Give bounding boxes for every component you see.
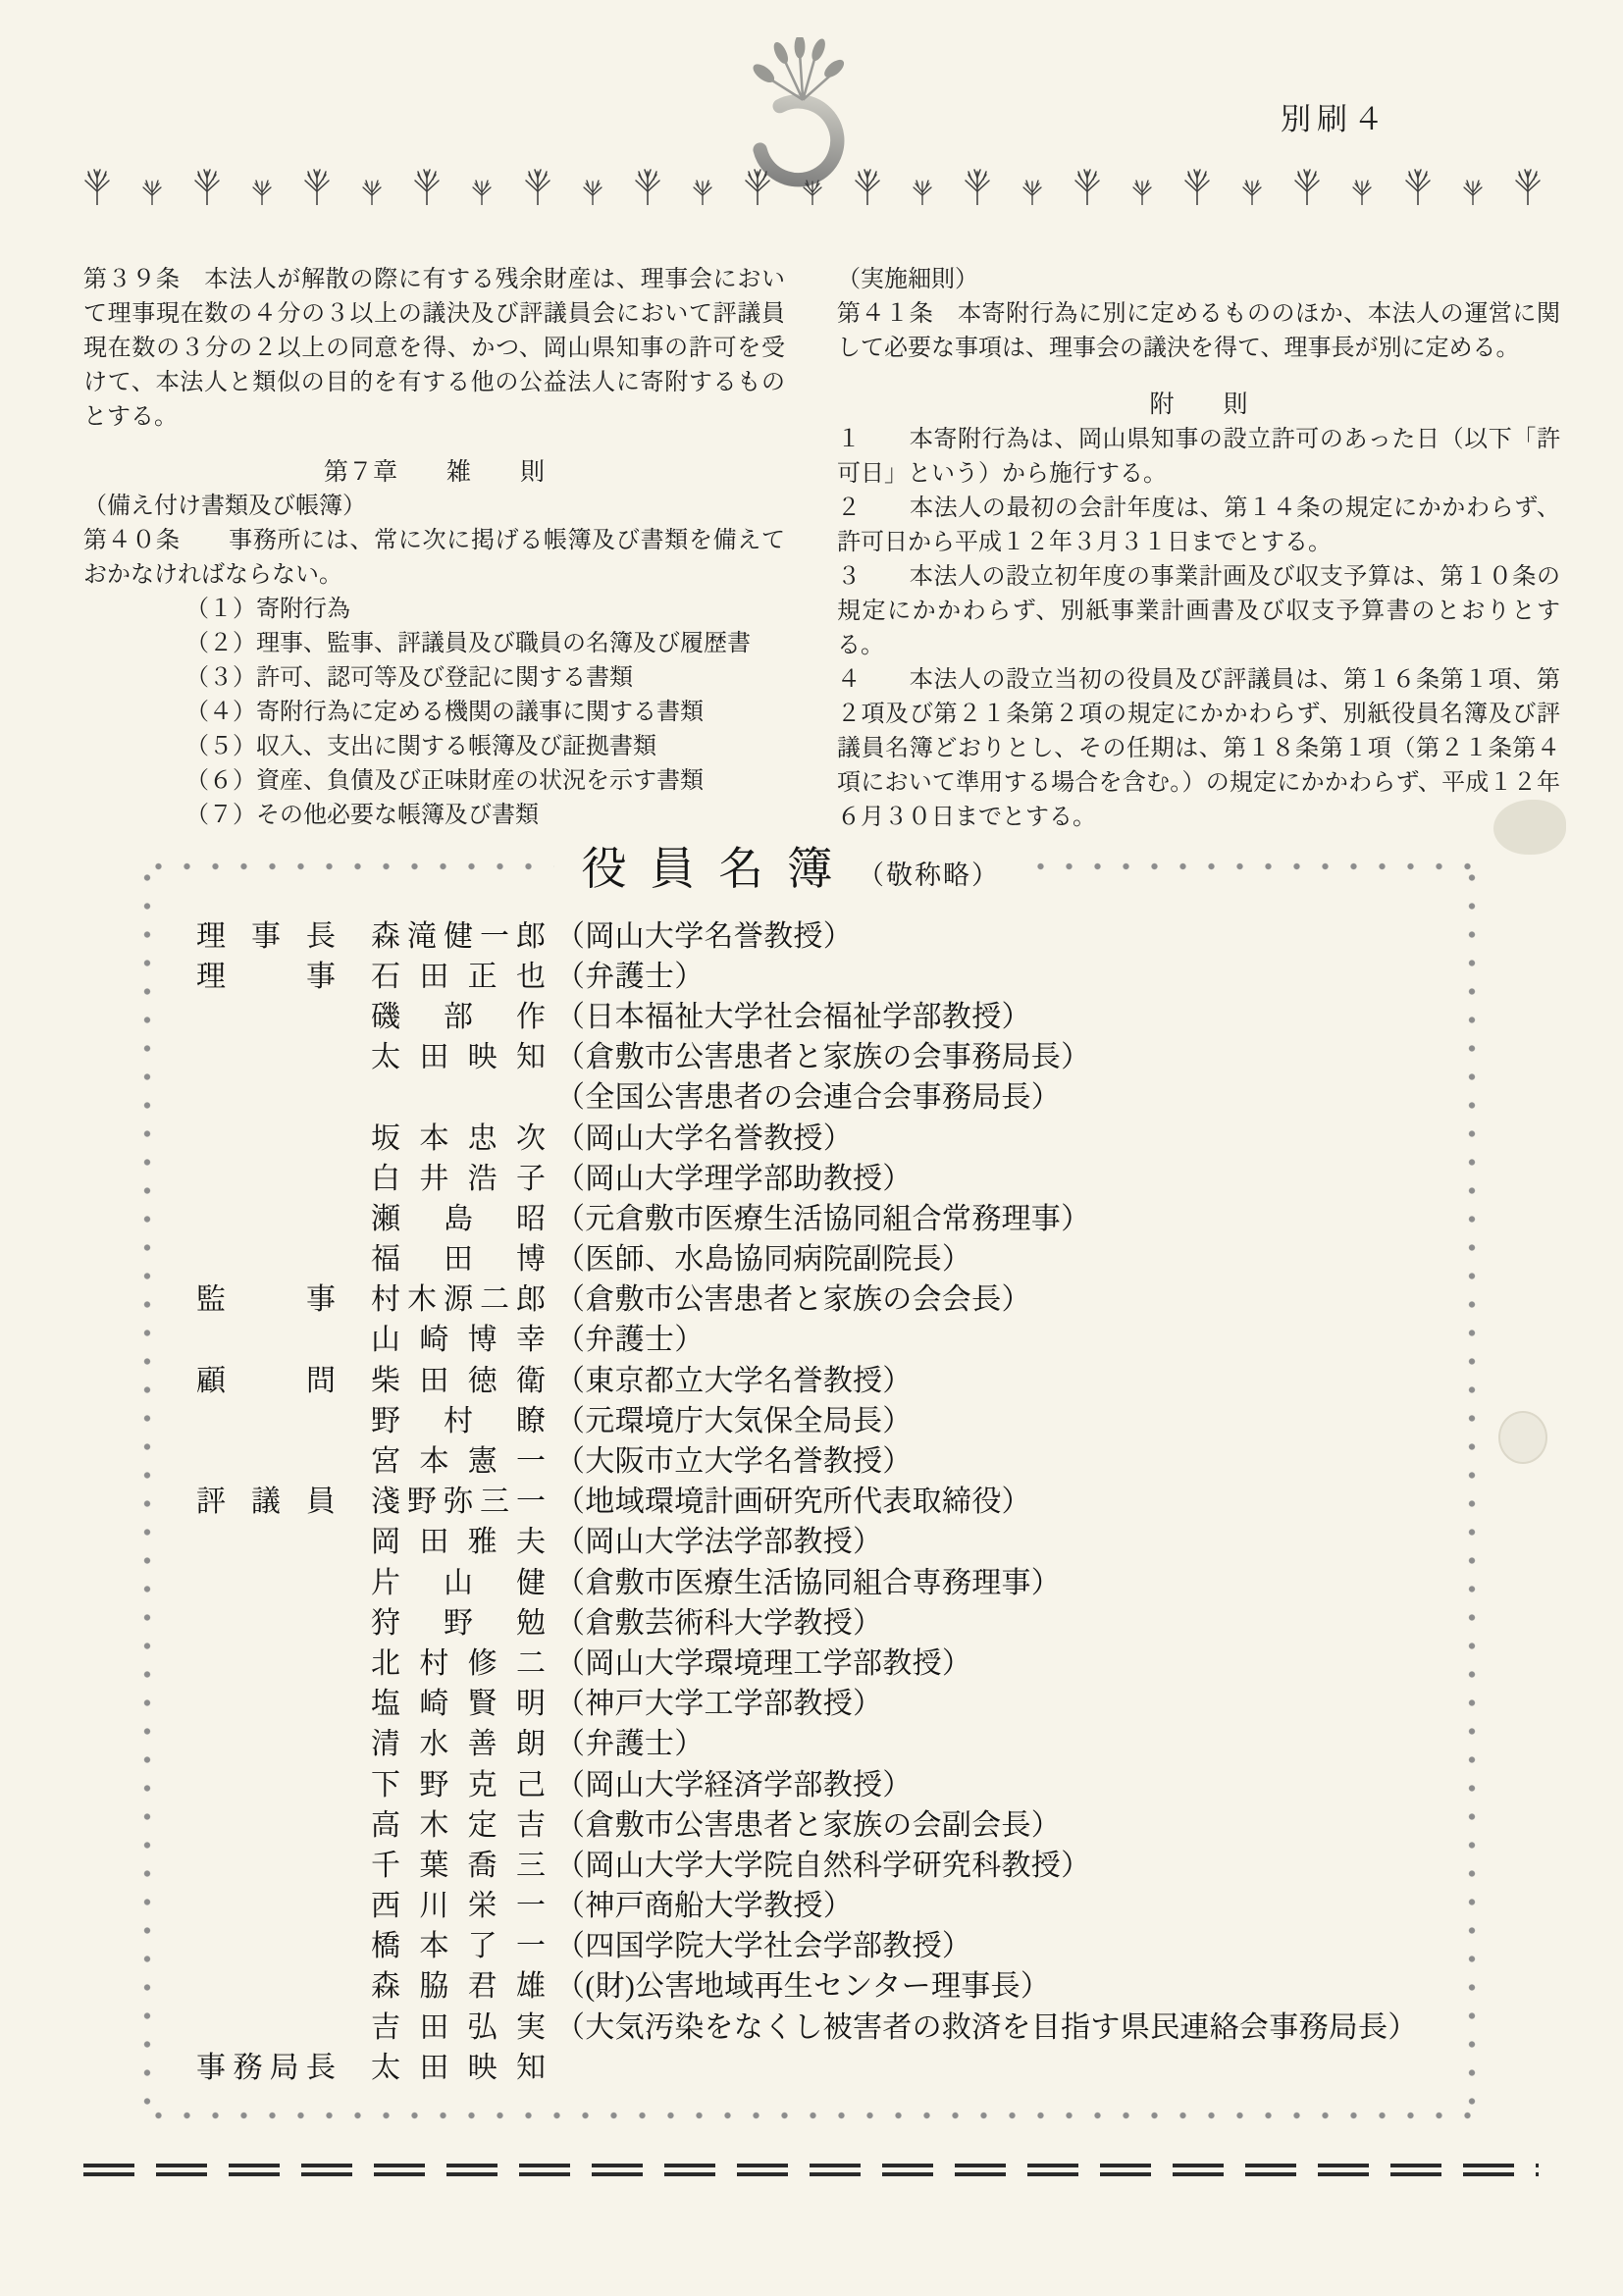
roster-affiliation: （岡山大学理学部助教授） — [555, 1154, 913, 1197]
roster-affiliation: （倉敷市公害患者と家族の会事務局長） — [555, 1032, 1090, 1075]
roster-affiliation: （全国公害患者の会連合会事務局長） — [555, 1072, 1061, 1116]
roster-affiliation: （岡山大学名誉教授） — [555, 1114, 853, 1157]
tree-icon — [743, 168, 772, 210]
document-page: 別刷４ 第３９条 本法人が解散の際に有する残余財産は、理事会において理事現在数の… — [0, 0, 1623, 2296]
rule-subheading: （実施細則） — [837, 263, 1560, 297]
roster-affiliation: （岡山大学名誉教授） — [555, 912, 853, 955]
roster-name: 磯部作 — [371, 992, 546, 1035]
roster-affiliation: （倉敷市医療生活協同組合専務理事） — [555, 1558, 1061, 1601]
roster-affiliation: （(財)公害地域再生センター理事長） — [555, 1961, 1050, 2005]
roster-row: 理事長 森滝健一郎 （岡山大学名誉教授） — [196, 913, 1457, 953]
roster-title-note: （敬称略） — [858, 861, 1000, 890]
roster-name: 福田博 — [371, 1234, 546, 1278]
appendix-item-list: １ 本寄附行為は、岡山県知事の設立許可のあった日（以下「許可日」という）から施行… — [837, 423, 1560, 835]
roster-name: 野村瞭 — [371, 1396, 546, 1439]
roster-row: 白井浩子 （岡山大学理学部助教授） — [196, 1155, 1457, 1195]
roster-name: 村木源二郎 — [371, 1275, 546, 1318]
roster-affiliation: （弁護士） — [555, 1719, 705, 1762]
roster-row: 森脇君雄 （(財)公害地域再生センター理事長） — [196, 1963, 1457, 2004]
roster-row: 理事 石田正也 （弁護士） — [196, 953, 1457, 993]
roster-row: 磯部作 （日本福祉大学社会福祉学部教授） — [196, 993, 1457, 1033]
roster-name: 瀬島昭 — [371, 1194, 546, 1237]
roster-name: 高木定吉 — [371, 1800, 546, 1844]
tree-icon — [192, 168, 222, 210]
roster-row: 坂本忠次 （岡山大学名誉教授） — [196, 1115, 1457, 1155]
roster-name: 森滝健一郎 — [371, 912, 546, 955]
article-41-text: 第４１条 本寄附行為に別に定めるもののほか、本法人の運営に関して必要な事項は、理… — [837, 297, 1560, 366]
roster-title: 役員名簿（敬称略） — [553, 833, 1027, 898]
tree-icon — [1403, 168, 1433, 210]
roster-row: 監事 村木源二郎 （倉敷市公害患者と家族の会会長） — [196, 1277, 1457, 1317]
roster-name: 宮本憲一 — [371, 1436, 546, 1480]
appendix-item: ２ 本法人の最初の会計年度は、第１４条の規定にかかわらず、許可日から平成１２年３… — [837, 492, 1560, 560]
roster-affiliation: （倉敷市公害患者と家族の会会長） — [555, 1275, 1031, 1318]
roster-name: 森脇君雄 — [371, 1961, 546, 2005]
tree-icon — [912, 179, 933, 210]
paper-stain — [1498, 1411, 1547, 1464]
tree-icon — [853, 168, 882, 210]
roster-row: 岡田雅夫 （岡山大学法学部教授） — [196, 1519, 1457, 1559]
roster-title-text: 役員名簿 — [581, 844, 856, 894]
tree-icon — [1182, 168, 1212, 210]
roster-affiliation: （元倉敷市医療生活協同組合常務理事） — [555, 1194, 1090, 1237]
roster-name: 片山健 — [371, 1558, 546, 1601]
tree-icon — [582, 179, 603, 210]
roster-affiliation: （日本福祉大学社会福祉学部教授） — [555, 992, 1031, 1035]
tree-icon — [1351, 179, 1373, 210]
tree-icon — [523, 168, 552, 210]
article-40-item: （７）その他必要な帳簿及び書類 — [185, 799, 785, 833]
left-column: 第３９条 本法人が解散の際に有する残余財産は、理事会において理事現在数の４分の３… — [83, 263, 785, 835]
roster-row-list: 理事長 森滝健一郎 （岡山大学名誉教授） 理事 石田正也 （弁護士） 磯部作 （… — [196, 913, 1457, 2084]
appendix-item: １ 本寄附行為は、岡山県知事の設立許可のあった日（以下「許可日」という）から施行… — [837, 423, 1560, 492]
roster-row: （全国公害患者の会連合会事務局長） — [196, 1074, 1457, 1115]
roster-affiliation: （倉敷市公害患者と家族の会副会長） — [555, 1800, 1061, 1844]
roster-affiliation: （弁護士） — [555, 1315, 705, 1358]
article-40-item: （５）収入、支出に関する帳簿及び証拠書類 — [185, 730, 785, 764]
reprint-number-label: 別刷４ — [1281, 94, 1389, 138]
roster-affiliation: （岡山大学経済学部教授） — [555, 1760, 913, 1803]
roster-role: 事務局長 — [196, 2043, 336, 2086]
roster-row: 太田映知 （倉敷市公害患者と家族の会事務局長） — [196, 1034, 1457, 1074]
tree-icon — [1292, 168, 1322, 210]
tree-icon — [1073, 168, 1102, 210]
roster-row: 狩野勉 （倉敷芸術科大学教授） — [196, 1599, 1457, 1640]
roster-row: 吉田弘実 （大気汚染をなくし被害者の救済を目指す県民連絡会事務局長） — [196, 2004, 1457, 2044]
articles-section: 第３９条 本法人が解散の際に有する残余財産は、理事会において理事現在数の４分の３… — [83, 263, 1560, 835]
appendix-heading: 附 則 — [837, 388, 1560, 422]
roster-affiliation: （弁護士） — [555, 952, 705, 995]
roster-affiliation: （岡山大学法学部教授） — [555, 1517, 882, 1560]
roster-affiliation: （元環境庁大気保全局長） — [555, 1396, 913, 1439]
article-40-item-list: （１）寄附行為 （２）理事、監事、評議員及び職員の名簿及び履歴書 （３）許可、認… — [83, 593, 785, 833]
roster-row: 西川栄一 （神戸商船大学教授） — [196, 1883, 1457, 1923]
roster-row: 清水善朗 （弁護士） — [196, 1721, 1457, 1761]
dotted-border-bottom — [144, 2111, 1475, 2120]
roster-affiliation: （岡山大学大学院自然科学研究科教授） — [555, 1841, 1090, 1884]
tree-icon — [633, 168, 662, 210]
bottom-divider — [83, 2164, 1539, 2176]
paper-stain — [1493, 800, 1566, 855]
roster-role: 評議員 — [196, 1477, 336, 1520]
roster-name: 柴田徳衛 — [371, 1356, 546, 1399]
tree-icon — [1462, 179, 1484, 210]
roster-name: 狩野勉 — [371, 1598, 546, 1642]
article-40-text: 第４０条 事務所には、常に次に掲げる帳簿及び書類を備えておかなければならない。 — [83, 524, 785, 593]
tree-icon — [412, 168, 442, 210]
roster-name: 北村修二 — [371, 1639, 546, 1682]
roster-row: 野村瞭 （元環境庁大気保全局長） — [196, 1397, 1457, 1437]
article-40-item: （１）寄附行為 — [185, 593, 785, 627]
article-40-item: （４）寄附行為に定める機関の議事に関する書類 — [185, 696, 785, 730]
roster-name: 塩崎賢明 — [371, 1679, 546, 1722]
right-column: （実施細則） 第４１条 本寄附行為に別に定めるもののほか、本法人の運営に関して必… — [837, 263, 1560, 835]
tree-border-decoration — [82, 165, 1543, 210]
roster-affiliation: （地域環境計画研究所代表取締役） — [555, 1477, 1031, 1520]
roster-name: 太田映知 — [371, 1032, 546, 1075]
tree-icon — [361, 179, 383, 210]
roster-row: 宮本憲一 （大阪市立大学名誉教授） — [196, 1437, 1457, 1478]
roster-name: 橋本了一 — [371, 1921, 546, 1964]
roster-role: 監事 — [196, 1275, 336, 1318]
roster-row: 片山健 （倉敷市医療生活協同組合専務理事） — [196, 1559, 1457, 1599]
chapter-7-subheading: （備え付け書類及び帳簿） — [83, 490, 785, 524]
roster-name: 石田正也 — [371, 952, 546, 995]
roster-row: 評議員 淺野弥三一 （地域環境計画研究所代表取締役） — [196, 1479, 1457, 1519]
roster-affiliation: （神戸大学工学部教授） — [555, 1679, 882, 1722]
roster-row: 千葉喬三 （岡山大学大学院自然科学研究科教授） — [196, 1842, 1457, 1882]
tree-icon — [141, 179, 163, 210]
roster-role: 理事 — [196, 952, 336, 995]
roster-name: 太田映知 — [371, 2043, 546, 2086]
roster-row: 下野克己 （岡山大学経済学部教授） — [196, 1761, 1457, 1801]
article-40-item: （２）理事、監事、評議員及び職員の名簿及び履歴書 — [185, 627, 785, 661]
roster-row: 瀬島昭 （元倉敷市医療生活協同組合常務理事） — [196, 1195, 1457, 1235]
tree-icon — [963, 168, 992, 210]
article-40-item: （６）資産、負債及び正味財産の状況を示す書類 — [185, 764, 785, 799]
tree-icon — [471, 179, 493, 210]
roster-role: 理事長 — [196, 912, 336, 955]
dotted-border-left — [142, 863, 152, 2118]
roster-affiliation: （医師、水島協同病院副院長） — [555, 1234, 971, 1278]
roster-name: 岡田雅夫 — [371, 1517, 546, 1560]
roster-row: 北村修二 （岡山大学環境理工学部教授） — [196, 1640, 1457, 1680]
tree-icon — [251, 179, 273, 210]
roster-name: 西川栄一 — [371, 1881, 546, 1924]
appendix-item: ４ 本法人の設立当初の役員及び評議員は、第１６条第１項、第２項及び第２１条第２項… — [837, 663, 1560, 835]
dotted-border-right — [1467, 863, 1477, 2118]
appendix-item: ３ 本法人の設立初年度の事業計画及び収支予算は、第１０条の規定にかかわらず、別紙… — [837, 560, 1560, 663]
officer-roster-box: 役員名簿（敬称略） 理事長 森滝健一郎 （岡山大学名誉教授） 理事 石田正也 （… — [142, 861, 1477, 2120]
tree-icon — [82, 168, 112, 210]
roster-row: 福田博 （医師、水島協同病院副院長） — [196, 1236, 1457, 1277]
roster-name: 清水善朗 — [371, 1719, 546, 1762]
roster-name: 千葉喬三 — [371, 1841, 546, 1884]
tree-icon — [1513, 168, 1543, 210]
roster-role: 顧問 — [196, 1356, 336, 1399]
roster-affiliation: （四国学院大学社会学部教授） — [555, 1921, 971, 1964]
roster-affiliation: （大阪市立大学名誉教授） — [555, 1436, 913, 1480]
roster-affiliation: （東京都立大学名誉教授） — [555, 1356, 913, 1399]
roster-name: 下野克己 — [371, 1760, 546, 1803]
roster-name: 白井浩子 — [371, 1154, 546, 1197]
tree-icon — [1021, 179, 1043, 210]
roster-name: 吉田弘実 — [371, 2003, 546, 2046]
article-39-text: 第３９条 本法人が解散の際に有する残余財産は、理事会において理事現在数の４分の３… — [83, 263, 785, 435]
roster-row: 橋本了一 （四国学院大学社会学部教授） — [196, 1923, 1457, 1963]
roster-name: 淺野弥三一 — [371, 1477, 546, 1520]
tree-icon — [302, 168, 332, 210]
article-40-item: （３）許可、認可等及び登記に関する書類 — [185, 661, 785, 696]
roster-affiliation: （大気汚染をなくし被害者の救済を目指す県民連絡会事務局長） — [555, 2003, 1418, 2046]
tree-icon — [1241, 179, 1263, 210]
chapter-7-heading: 第７章 雑 則 — [83, 455, 785, 490]
roster-name: 坂本忠次 — [371, 1114, 546, 1157]
tree-icon — [692, 179, 713, 210]
roster-row: 高木定吉 （倉敷市公害患者と家族の会副会長） — [196, 1801, 1457, 1842]
tree-icon — [1131, 179, 1153, 210]
roster-row: 事務局長 太田映知 — [196, 2044, 1457, 2084]
roster-row: 塩崎賢明 （神戸大学工学部教授） — [196, 1681, 1457, 1721]
roster-affiliation: （倉敷芸術科大学教授） — [555, 1598, 882, 1642]
roster-name: 山崎博幸 — [371, 1315, 546, 1358]
roster-row: 山崎博幸 （弁護士） — [196, 1317, 1457, 1357]
roster-affiliation: （神戸商船大学教授） — [555, 1881, 853, 1924]
roster-row: 顧問 柴田徳衛 （東京都立大学名誉教授） — [196, 1357, 1457, 1397]
tree-icon — [802, 179, 823, 210]
roster-affiliation: （岡山大学環境理工学部教授） — [555, 1639, 971, 1682]
